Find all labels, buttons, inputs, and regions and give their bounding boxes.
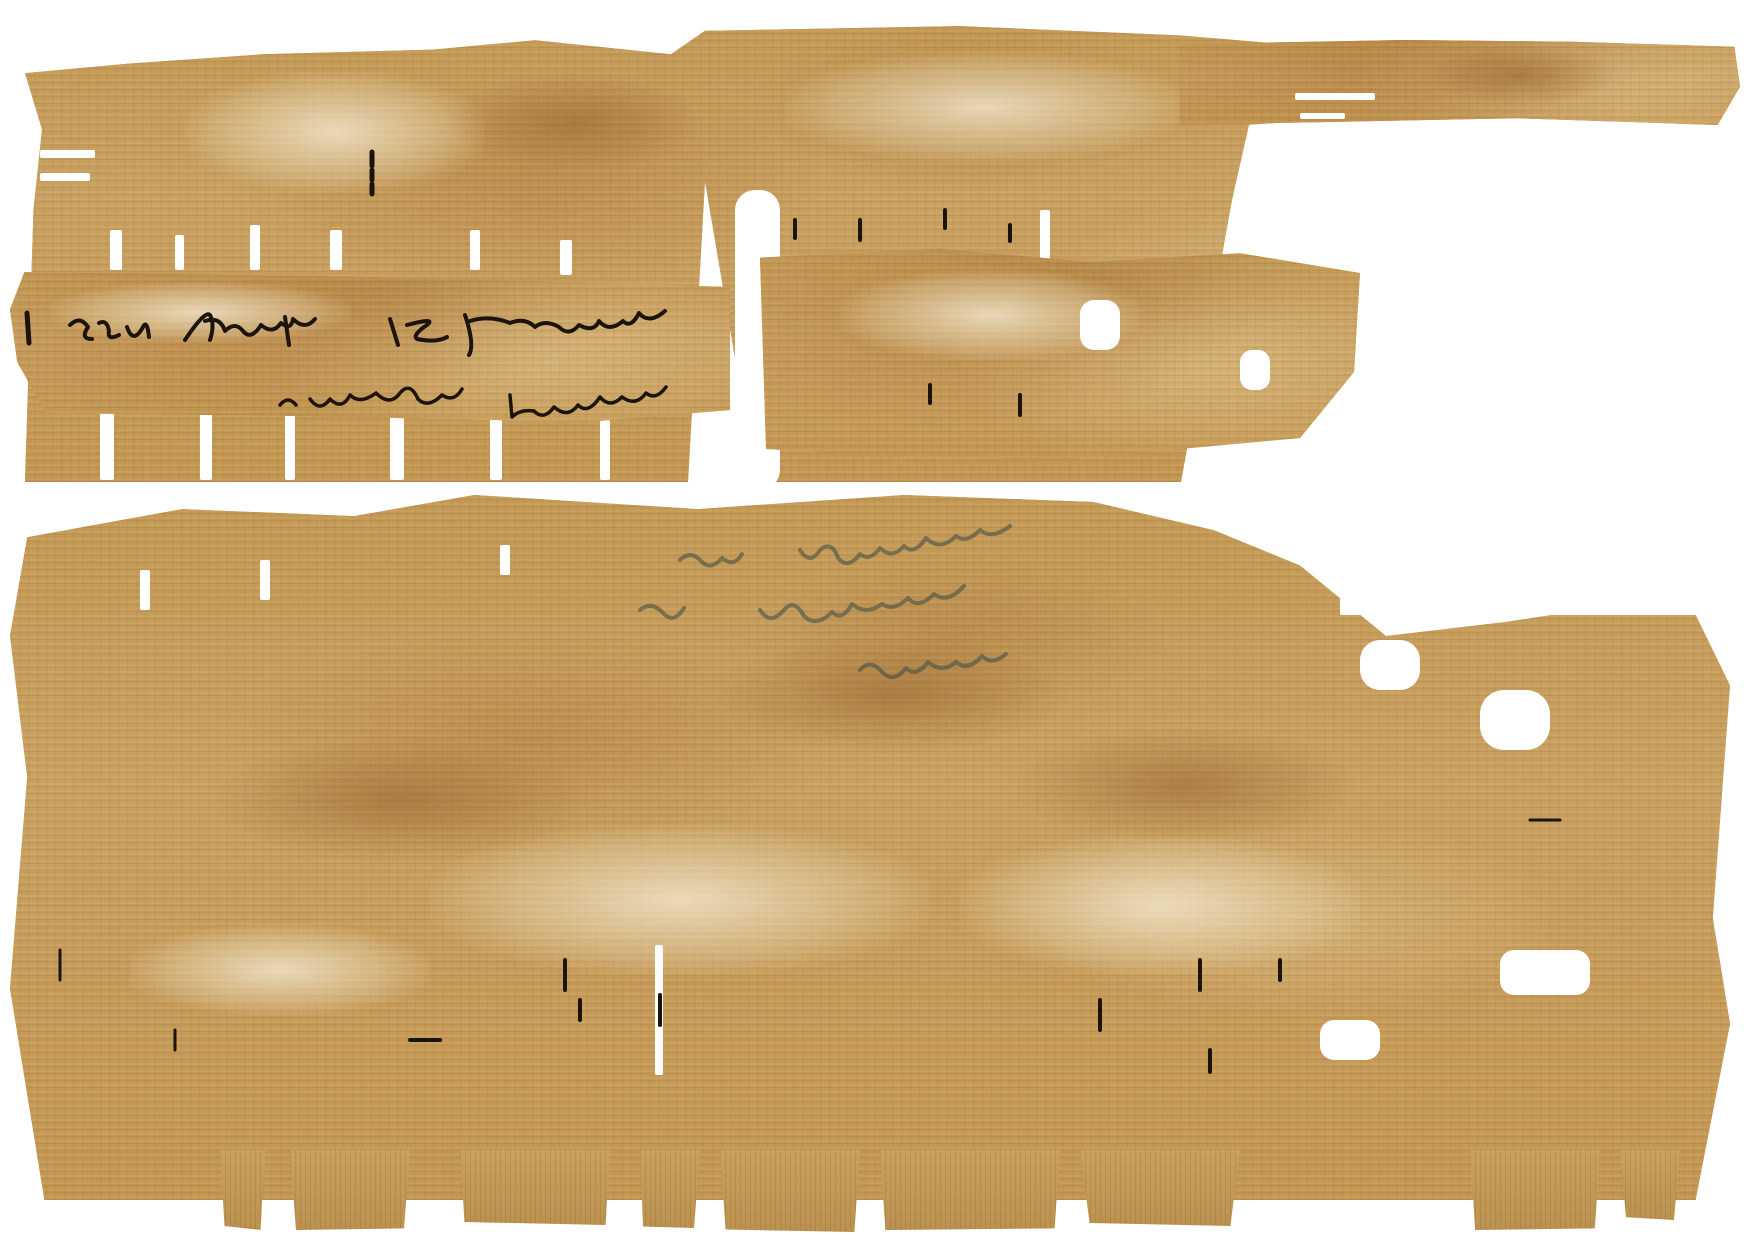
hole (1480, 690, 1550, 750)
fiber-gap (655, 945, 663, 1075)
upper-left-text-strip (10, 272, 730, 422)
fiber-gap (1040, 210, 1050, 260)
bottom-fringe (720, 1150, 860, 1232)
fiber-gap (600, 420, 610, 480)
bottom-fringe (880, 1150, 1060, 1230)
top-right-strip (1180, 40, 1740, 125)
photo-scene: Ancient papyrus fragment photographed on… (0, 0, 1754, 1240)
bottom-fringe (1080, 1150, 1240, 1226)
fiber-gap (560, 240, 572, 275)
fiber-gap (470, 230, 480, 270)
fiber-gap (330, 230, 342, 270)
fiber-gap (175, 235, 184, 270)
hole (1360, 640, 1420, 690)
hole (1500, 950, 1590, 995)
tear-gap (1300, 113, 1345, 119)
fiber-gap (250, 225, 260, 270)
hole (1240, 350, 1270, 390)
bottom-fringe (1470, 1150, 1600, 1230)
bottom-fringe (640, 1150, 700, 1228)
bottom-fringe (1620, 1150, 1680, 1220)
fiber-gap (285, 405, 295, 480)
fiber-gap (500, 545, 510, 575)
bottom-fringe (290, 1150, 410, 1230)
tear-gap (40, 173, 90, 181)
fiber-gap (260, 560, 270, 600)
upper-middle-block (760, 240, 1360, 460)
tear-gap (1295, 93, 1375, 100)
bottom-fringe (220, 1150, 265, 1230)
hole (1320, 1020, 1380, 1060)
bottom-fringe (460, 1150, 610, 1225)
fiber-gap (490, 410, 502, 480)
tear-gap (40, 150, 95, 158)
fiber-gap (140, 570, 150, 610)
hole (1080, 300, 1120, 350)
fiber-gap (110, 230, 122, 270)
missing-corner (1340, 495, 1754, 615)
